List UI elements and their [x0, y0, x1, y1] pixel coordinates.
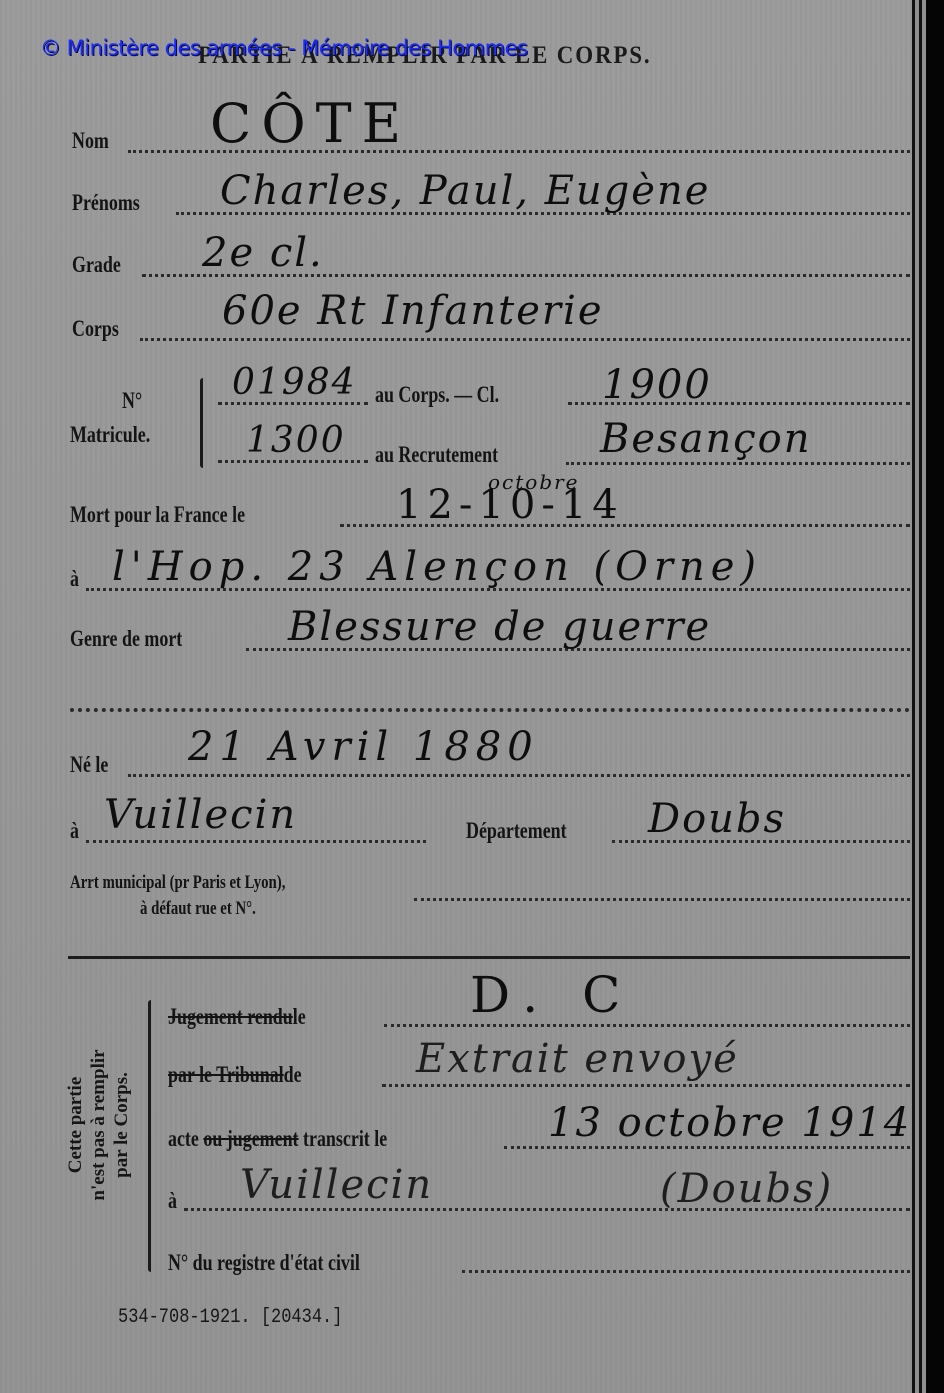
recrutement-place-value: Besançon — [600, 416, 811, 462]
tribunal-line — [382, 1084, 910, 1087]
naissance-line — [128, 774, 910, 777]
departement-value: Doubs — [648, 796, 786, 842]
jugement-label: Jugement rendule — [168, 1004, 306, 1030]
corps-line — [140, 338, 910, 341]
acte-prefix: acte — [168, 1126, 199, 1151]
naissance-value: 21 Avril 1880 — [188, 724, 539, 770]
tribunal-struck: par le Tribunal — [168, 1062, 284, 1087]
side-note-line: n'est pas à remplir — [87, 1015, 110, 1235]
arrondissement-label-2: à défaut rue et N°. — [140, 898, 256, 920]
registre-line — [462, 1270, 910, 1273]
card-edge — [912, 0, 915, 1393]
lieu-naissance-label: à — [70, 818, 79, 844]
jugement-struck: Jugement rendu — [168, 1004, 293, 1029]
transcription-lieu-value: Vuillecin — [240, 1162, 433, 1208]
separator-line — [70, 708, 910, 712]
recrutement-label: au Recrutement — [375, 442, 498, 468]
corps-value: 60e Rt Infanterie — [222, 288, 604, 334]
lieu-mort-label: à — [70, 566, 79, 592]
grade-value: 2e cl. — [202, 230, 324, 276]
transcription-lieu-label: à — [168, 1188, 177, 1214]
prenoms-value: Charles, Paul, Eugène — [220, 168, 710, 214]
acte-transcrit: transcrit le — [303, 1126, 387, 1151]
arrondissement-line — [414, 898, 910, 901]
side-note-line: Cette partie — [64, 1015, 87, 1235]
print-reference: 534-708-1921. [20434.] — [118, 1306, 342, 1329]
lieu-naissance-value: Vuillecin — [104, 792, 297, 838]
lieu-mort-value: l'Hop. 23 Alençon (Orne) — [112, 544, 762, 590]
section-divider — [68, 956, 910, 959]
tribunal-value: Extrait envoyé — [416, 1036, 739, 1082]
lieu-naissance-line — [86, 840, 426, 843]
prenoms-label: Prénoms — [72, 190, 140, 216]
recrutement-place-line — [566, 462, 910, 465]
jugement-line — [384, 1024, 910, 1027]
acte-line — [504, 1146, 910, 1149]
jugement-le: le — [293, 1004, 306, 1029]
arrondissement-label-1: Arrt municipal (pr Paris et Lyon), — [70, 872, 285, 894]
corps-label: Corps — [72, 316, 119, 342]
matricule-corps-value: 01984 — [232, 362, 357, 403]
au-corps-label: au Corps. — Cl. — [375, 382, 499, 408]
side-note-line: par le Corps. — [110, 1015, 133, 1235]
nom-label: Nom — [72, 128, 109, 154]
jugement-value: D. C — [470, 966, 634, 1024]
mort-label: Mort pour la France le — [70, 502, 245, 528]
genre-mort-value: Blessure de guerre — [288, 604, 711, 650]
acte-value: 13 octobre 1914 — [548, 1100, 911, 1146]
acte-label: acte ou jugement transcrit le — [168, 1126, 387, 1152]
matricule-brace — [200, 378, 203, 468]
mort-value: 12-10-14 — [396, 482, 624, 528]
registre-label: N° du registre d'état civil — [168, 1250, 360, 1276]
transcription-dept-value: (Doubs) — [660, 1166, 833, 1212]
nom-value: CÔTE — [210, 92, 411, 155]
lower-brace — [148, 1000, 151, 1272]
card-edge — [919, 0, 922, 1393]
recrutement-no-value: 1300 — [246, 420, 346, 461]
genre-mort-label: Genre de mort — [70, 626, 182, 652]
matricule-label-no: N° — [122, 388, 142, 414]
tribunal-label: par le Tribunalde — [168, 1062, 302, 1088]
departement-label: Département — [466, 818, 567, 844]
grade-label: Grade — [72, 252, 121, 278]
copyright-watermark: © Ministère des armées - Mémoire des Hom… — [40, 36, 528, 60]
naissance-label: Né le — [70, 752, 108, 778]
acte-struck: ou jugement — [203, 1126, 298, 1151]
scan-border — [926, 0, 944, 1393]
tribunal-de: de — [284, 1062, 302, 1087]
matricule-label: Matricule. — [70, 422, 150, 448]
classe-value: 1900 — [602, 362, 712, 408]
side-note: Cette partie n'est pas à remplir par le … — [64, 1015, 133, 1235]
